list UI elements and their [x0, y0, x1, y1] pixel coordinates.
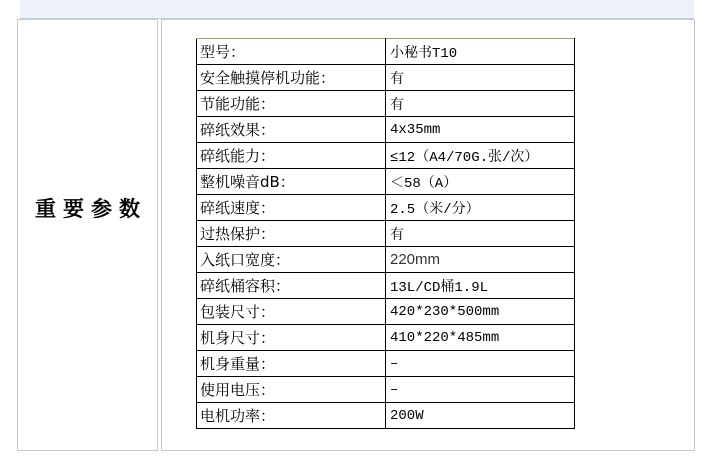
table-row: 机身重量：– [197, 351, 575, 377]
spec-value: 4x35mm [386, 117, 575, 143]
spec-panel: 型号：小秘书T10安全触摸停机功能：有节能功能：有碎纸效果：4x35mm碎纸能力… [161, 19, 695, 451]
table-row: 安全触摸停机功能：有 [197, 65, 575, 91]
spec-value: 220mm [386, 247, 575, 273]
spec-label: 机身尺寸： [197, 325, 386, 351]
spec-label: 安全触摸停机功能： [197, 65, 386, 91]
spec-value: 410*220*485mm [386, 325, 575, 351]
spec-value: – [386, 351, 575, 377]
spec-label: 使用电压： [197, 377, 386, 403]
spec-label: 包装尺寸： [197, 299, 386, 325]
spec-label: 型号： [197, 39, 386, 65]
spec-value: 有 [386, 65, 575, 91]
section-title: 重要参数 [18, 195, 157, 223]
spec-label: 机身重量： [197, 351, 386, 377]
spec-table: 型号：小秘书T10安全触摸停机功能：有节能功能：有碎纸效果：4x35mm碎纸能力… [196, 38, 575, 429]
section-label-panel: 重要参数 [17, 19, 158, 451]
spec-label: 碎纸效果： [197, 117, 386, 143]
table-row: 电机功率：200W [197, 403, 575, 429]
table-row: 型号：小秘书T10 [197, 39, 575, 65]
spec-label: 碎纸速度： [197, 195, 386, 221]
table-row: 碎纸桶容积：13L/CD桶1.9L [197, 273, 575, 299]
table-row: 碎纸速度：2.5（米/分） [197, 195, 575, 221]
table-row: 节能功能：有 [197, 91, 575, 117]
spec-label: 节能功能： [197, 91, 386, 117]
table-row: 机身尺寸：410*220*485mm [197, 325, 575, 351]
page: 重要参数 型号：小秘书T10安全触摸停机功能：有节能功能：有碎纸效果：4x35m… [0, 0, 711, 473]
top-bar [20, 0, 694, 19]
spec-value: 2.5（米/分） [386, 195, 575, 221]
spec-value: 有 [386, 221, 575, 247]
spec-label: 碎纸桶容积： [197, 273, 386, 299]
table-row: 入纸口宽度：220mm [197, 247, 575, 273]
spec-value: 420*230*500mm [386, 299, 575, 325]
spec-label: 碎纸能力： [197, 143, 386, 169]
spec-label: 整机噪音dB： [197, 169, 386, 195]
table-row: 过热保护：有 [197, 221, 575, 247]
spec-value: 小秘书T10 [386, 39, 575, 65]
spec-value: ＜58（A） [386, 169, 575, 195]
table-row: 包装尺寸：420*230*500mm [197, 299, 575, 325]
table-row: 整机噪音dB：＜58（A） [197, 169, 575, 195]
spec-value: 200W [386, 403, 575, 429]
spec-label: 电机功率： [197, 403, 386, 429]
spec-value: – [386, 377, 575, 403]
spec-value: 13L/CD桶1.9L [386, 273, 575, 299]
spec-value: 有 [386, 91, 575, 117]
spec-label: 过热保护： [197, 221, 386, 247]
table-row: 碎纸效果：4x35mm [197, 117, 575, 143]
table-row: 碎纸能力：≤12（A4/70G.张/次） [197, 143, 575, 169]
table-row: 使用电压：– [197, 377, 575, 403]
spec-label: 入纸口宽度： [197, 247, 386, 273]
spec-value: ≤12（A4/70G.张/次） [386, 143, 575, 169]
